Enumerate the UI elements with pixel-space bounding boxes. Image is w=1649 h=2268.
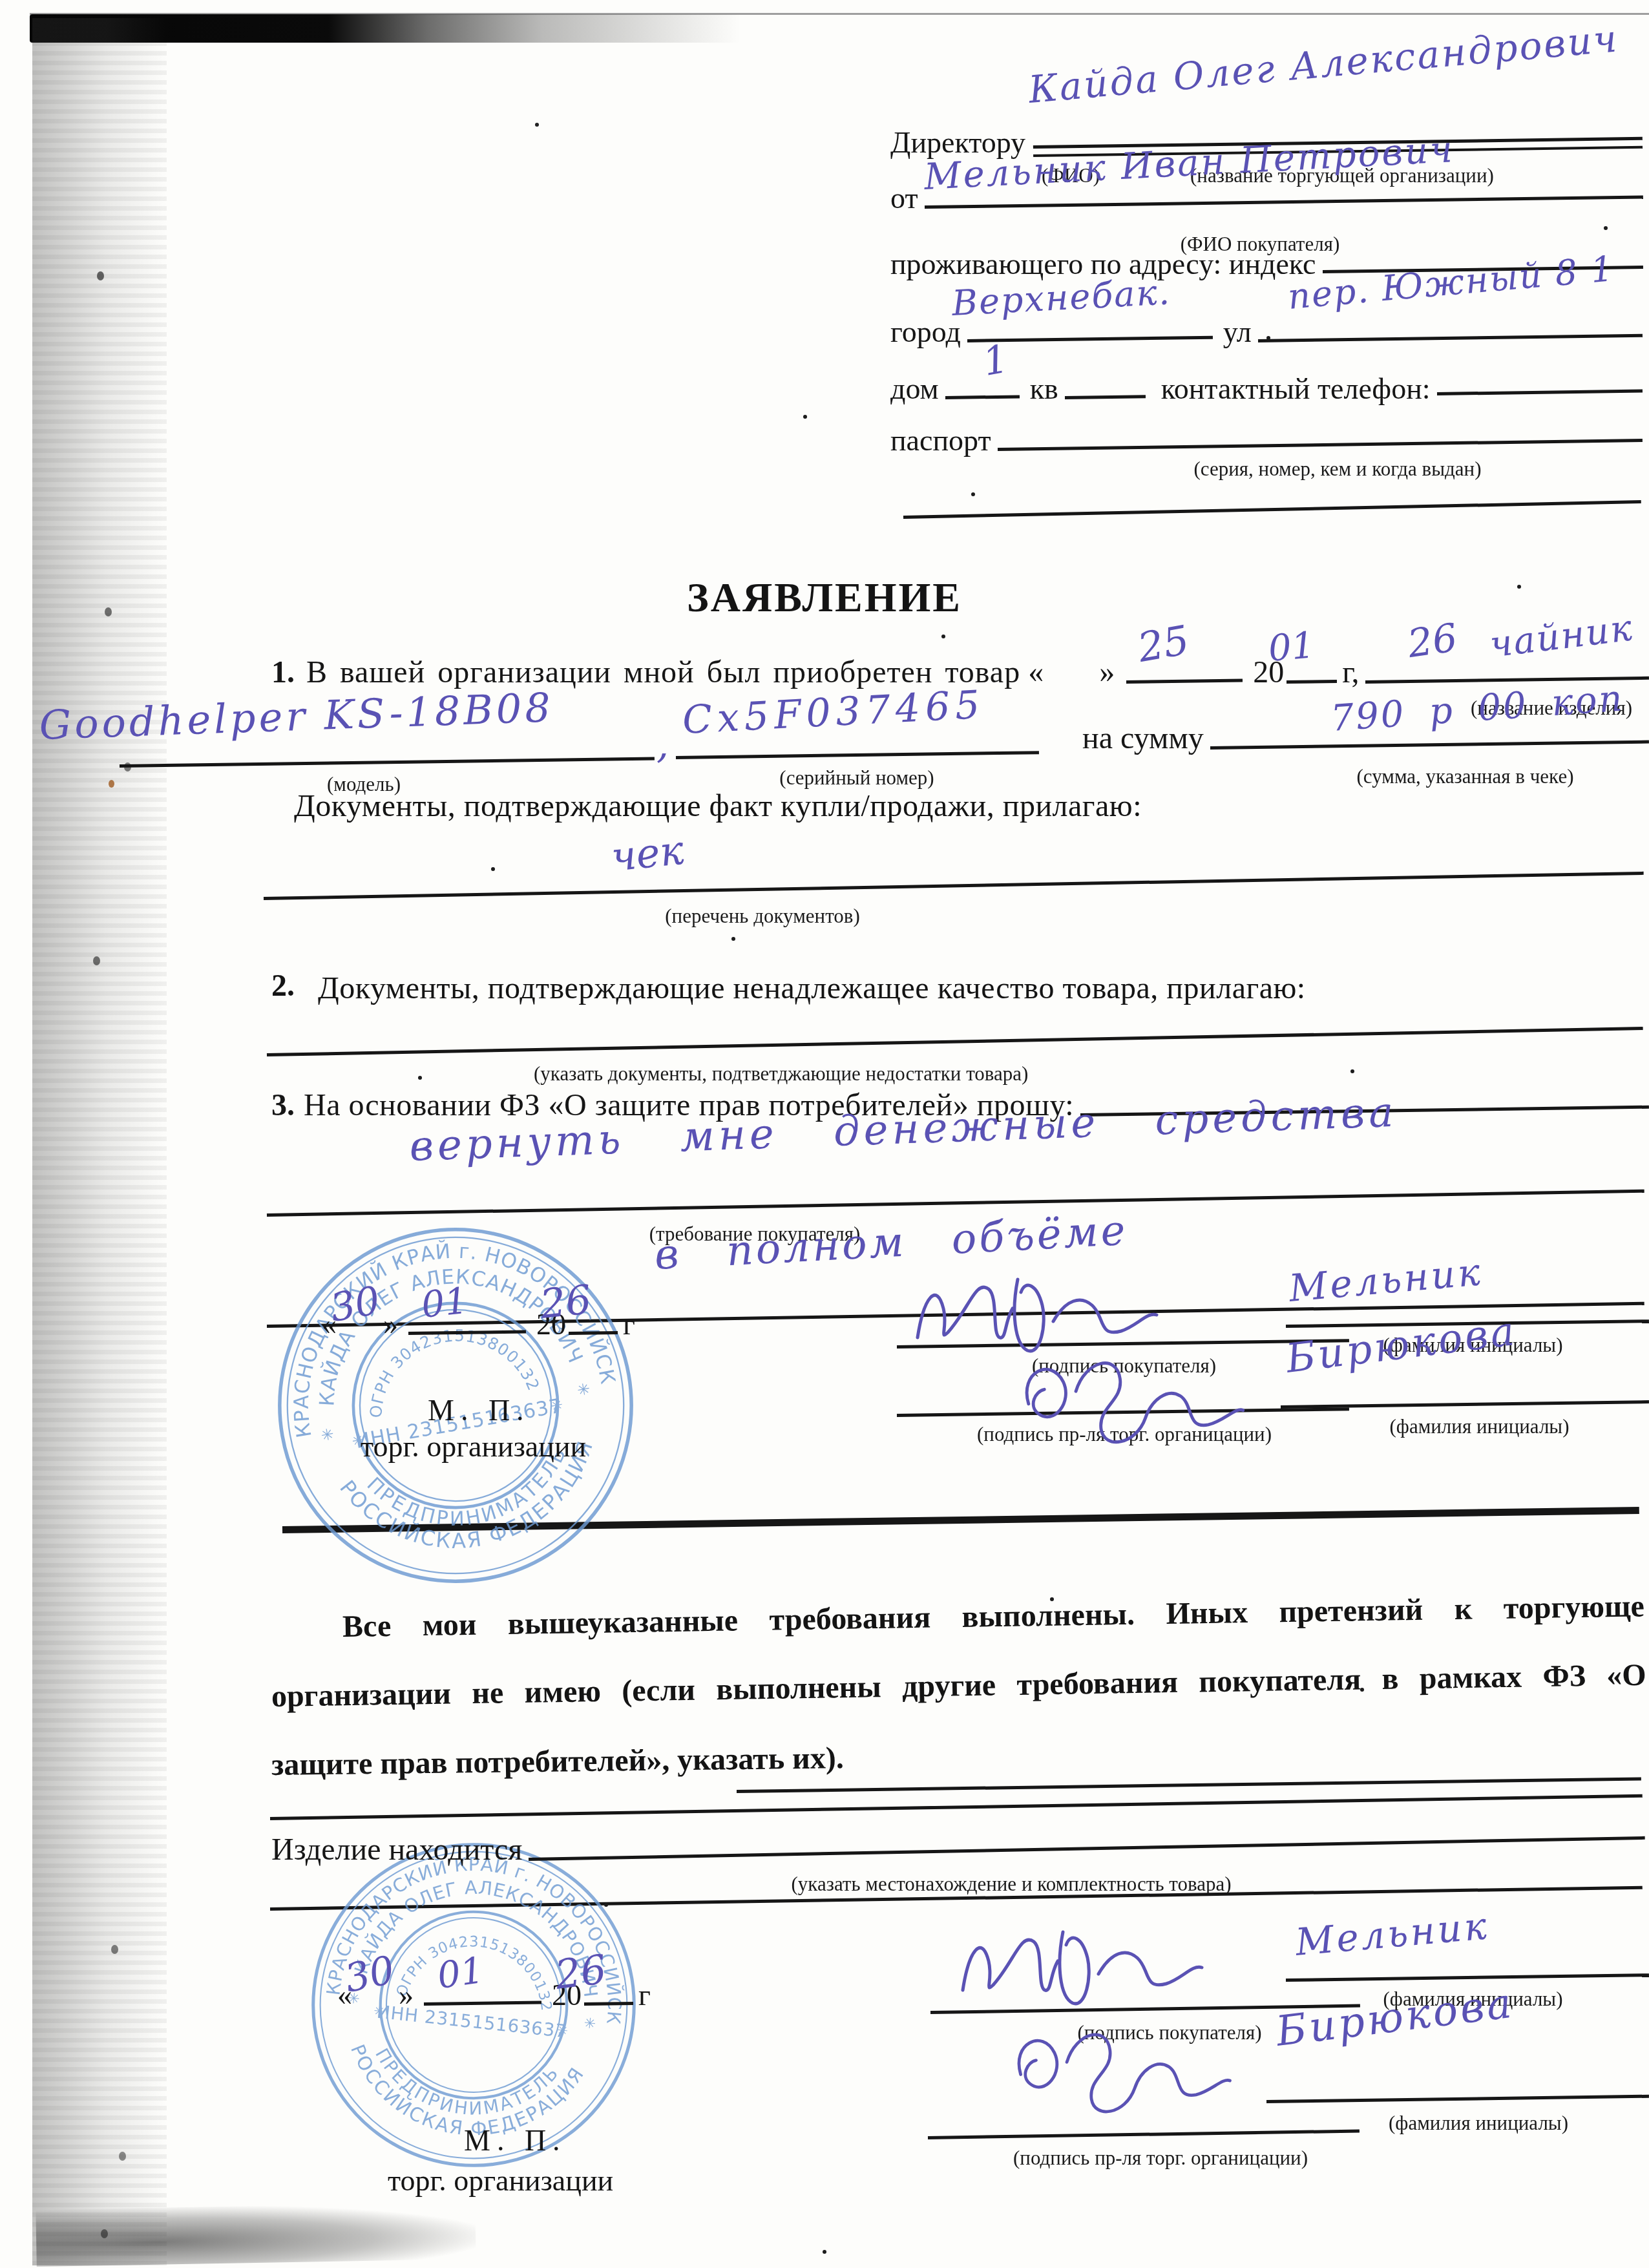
org-label-2: торг. организации xyxy=(388,2165,613,2198)
scan-bottom-smudge xyxy=(36,2202,476,2267)
sum-hint: (сумма, указанная в чеке) xyxy=(1318,765,1612,788)
closing-blank-underline xyxy=(270,1794,1643,1820)
model-underline xyxy=(120,757,655,768)
location-hint: (указать местонахождение и комплектность… xyxy=(785,1873,1237,1896)
from-label: от xyxy=(890,183,918,214)
item1-g: г, xyxy=(1342,656,1359,689)
buyer-signature xyxy=(908,1260,1166,1357)
item2-underline xyxy=(267,1027,1643,1056)
purchase-month-handwriting: 01 xyxy=(1266,624,1316,670)
stamp-star-icon: ✳ xyxy=(319,1425,335,1445)
city-label: город xyxy=(890,317,961,348)
sum-underline xyxy=(1210,740,1649,750)
apt-label: кв xyxy=(1030,373,1058,404)
sign1-month-handwriting: 01 xyxy=(419,1280,470,1327)
blank-underline-header xyxy=(903,500,1641,519)
closing-line-1: Все мои вышеуказанные требования выполне… xyxy=(342,1590,1645,1644)
date-year-underline xyxy=(584,2002,633,2006)
location-row: Изделие находится xyxy=(271,1834,1645,1866)
item1-text: В вашей организации мной был приобретен … xyxy=(306,656,1020,689)
house-label: дом xyxy=(890,373,939,404)
passport-underline xyxy=(998,439,1643,451)
item1-raquo: » xyxy=(1099,656,1115,689)
closing-inline-underline xyxy=(737,1777,1641,1793)
sum-label: на сумму xyxy=(1082,722,1204,755)
street-label: ул xyxy=(1223,317,1252,348)
sign2-month-handwriting: 01 xyxy=(435,1949,487,1997)
purchase-day-handwriting: 25 xyxy=(1134,616,1192,671)
mp-label-1: М. П. xyxy=(428,1394,530,1427)
phone-label: контактный телефон: xyxy=(1161,373,1431,404)
stamp-star-icon: ✳ xyxy=(550,1397,565,1415)
scan-left-strip xyxy=(32,18,167,2265)
director-name-handwriting: Кайда Олег Александрович xyxy=(1027,16,1621,112)
purchase-year-handwriting: 26 xyxy=(1405,615,1460,667)
item2-hint: (указать документы, подтветджающие недос… xyxy=(534,1062,986,1086)
sign1-year-handwriting: 26 xyxy=(538,1276,593,1328)
passport-hint: (серия, номер, кем и когда выдан) xyxy=(1128,457,1548,481)
closing-line-2: организации не имею (если выполнены друг… xyxy=(271,1659,1647,1720)
date-g: г xyxy=(623,1309,635,1340)
item1-laquo: « xyxy=(1028,656,1044,689)
seller-signature xyxy=(977,2016,1261,2145)
docs-handwriting: чек xyxy=(609,826,686,881)
scan-speck xyxy=(535,123,539,127)
date-raquo: » xyxy=(383,1309,398,1340)
serial-underline xyxy=(676,751,1039,759)
buyer-signature xyxy=(953,1913,1212,2010)
docs-text: Документы, подтверждающие факт купли/про… xyxy=(294,790,1142,824)
demand-underline xyxy=(267,1190,1644,1217)
sign1-day-handwriting: 30 xyxy=(327,1278,383,1331)
scanned-claim-form: Директору Кайда Олег Александрович (ФИО)… xyxy=(0,0,1649,2268)
phone-underline xyxy=(1437,390,1643,395)
year-underline xyxy=(1287,680,1337,684)
house-underline xyxy=(945,395,1020,400)
apt-underline xyxy=(1065,395,1146,400)
passport-label: паспорт xyxy=(890,425,991,456)
scan-left-blobs xyxy=(97,271,104,280)
stamp-star-icon: ✳ xyxy=(556,2022,569,2039)
date-raquo: » xyxy=(399,1980,414,2011)
passport-row: паспорт xyxy=(890,425,1643,456)
from-underline xyxy=(924,196,1642,209)
date-g: г xyxy=(638,1980,651,2011)
fam-hint-2b: (фамилия инициалы) xyxy=(1330,2112,1627,2135)
serial-hint: (серийный номер) xyxy=(734,766,980,790)
fam-hint-1b: (фамилия инициалы) xyxy=(1332,1415,1626,1438)
date-year-underline xyxy=(569,1331,618,1335)
buyer-surname-underline-2 xyxy=(1286,1973,1649,1982)
mp-label-2: М. П. xyxy=(464,2125,567,2158)
item1-number: 1. xyxy=(271,656,295,689)
seller-surname-handwriting-1: Бирюкова xyxy=(1283,1307,1519,1382)
item3-number: 3. xyxy=(271,1089,295,1122)
item2-text: Документы, подтверждающие ненадлежащее к… xyxy=(318,972,1306,1006)
seller-surname-underline-2 xyxy=(1266,2095,1649,2103)
closing-line-3: защите прав потребителей», указать их). xyxy=(271,1741,844,1783)
location-underline xyxy=(529,1836,1645,1861)
buyer-surname-handwriting-1: Мельник xyxy=(1287,1250,1484,1310)
sign2-year-handwriting: 26 xyxy=(552,1946,609,1999)
stamp-star-icon: ✳ xyxy=(583,2015,596,2033)
org-label-1: торг. организации xyxy=(361,1431,586,1464)
page-title: ЗАЯВЛЕНИЕ xyxy=(0,575,1649,620)
seller-surname-underline-1 xyxy=(1281,1400,1649,1409)
scan-orange-speck xyxy=(109,780,114,788)
date-month-underline xyxy=(408,1330,526,1336)
date-month-underline xyxy=(424,2001,541,2006)
docs-hint: (перечень документов) xyxy=(601,905,924,928)
stamp-star-icon: ✳ xyxy=(576,1380,592,1400)
serial-handwriting: Cx5F037465 xyxy=(681,682,986,743)
item2-number: 2. xyxy=(271,969,295,1003)
model-comma-handwriting: , xyxy=(656,722,669,768)
buyer-surname-handwriting-2: Мельник xyxy=(1294,1904,1491,1964)
docs-underline xyxy=(264,872,1644,900)
seller-sign-hint-2: (подпись пр-ля торг. органицации) xyxy=(923,2147,1398,2170)
seller-signature xyxy=(987,1344,1272,1476)
location-label: Изделие находится xyxy=(271,1834,522,1866)
street-underline xyxy=(1258,334,1643,342)
month-underline xyxy=(1126,679,1243,684)
